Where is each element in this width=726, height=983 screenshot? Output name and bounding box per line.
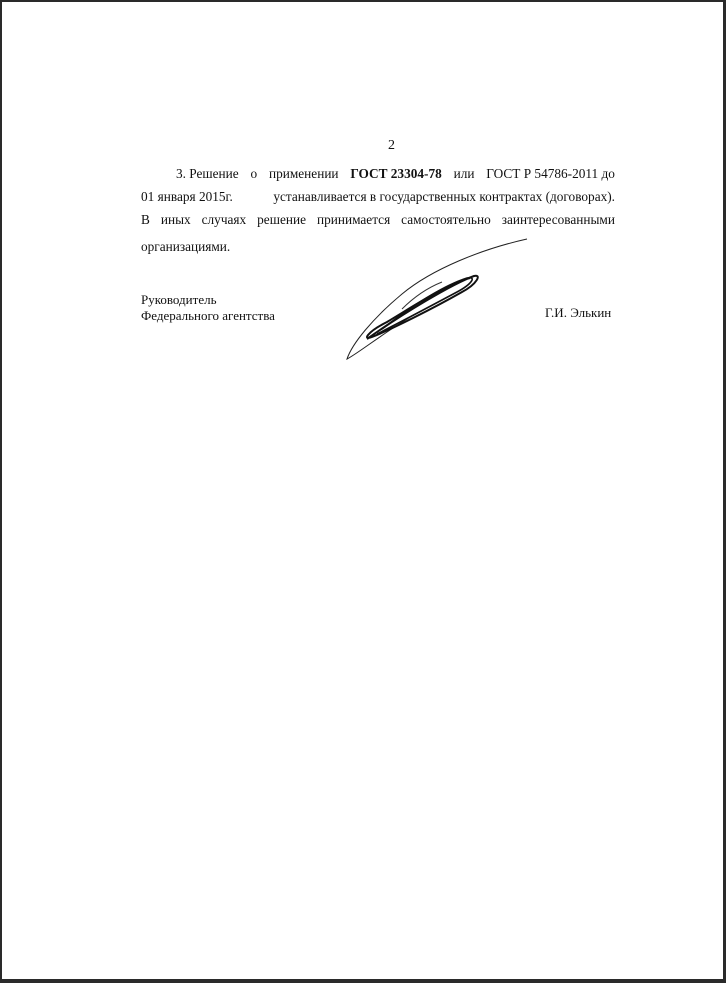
- text: решение: [257, 212, 306, 228]
- text: заинтересованными: [502, 212, 615, 228]
- signatory-title: Руководитель Федерального агентства: [141, 292, 275, 324]
- text: устанавливается в государственных контра…: [273, 189, 615, 205]
- text: 3. Решение: [176, 166, 239, 182]
- signatory-title-line-1: Руководитель: [141, 292, 275, 308]
- signature-icon: [342, 234, 532, 364]
- document-page: 2 3. Решение о применении ГОСТ 23304-78 …: [2, 2, 723, 979]
- signatory-name: Г.И. Элькин: [545, 305, 611, 321]
- text: самостоятельно: [401, 212, 491, 228]
- text: о: [251, 166, 258, 182]
- signatory-title-line-2: Федерального агентства: [141, 308, 275, 324]
- text: организациями.: [141, 239, 230, 255]
- standard-ref: ГОСТ 23304-78: [350, 166, 441, 182]
- text: принимается: [317, 212, 390, 228]
- page-number: 2: [388, 138, 395, 154]
- text: В: [141, 212, 150, 228]
- paragraph-line-2: 01 января 2015г. устанавливается в госуд…: [141, 189, 615, 205]
- text: иных: [161, 212, 191, 228]
- text: случаях: [202, 212, 247, 228]
- standard-ref: ГОСТ Р 54786-2011 до: [486, 166, 615, 182]
- text: применении: [269, 166, 339, 182]
- paragraph-line-3: В иных случаях решение принимается самос…: [141, 212, 615, 228]
- text: или: [454, 166, 475, 182]
- date-text: 01 января 2015г.: [141, 189, 233, 205]
- paragraph-line-1: 3. Решение о применении ГОСТ 23304-78 ил…: [176, 166, 615, 182]
